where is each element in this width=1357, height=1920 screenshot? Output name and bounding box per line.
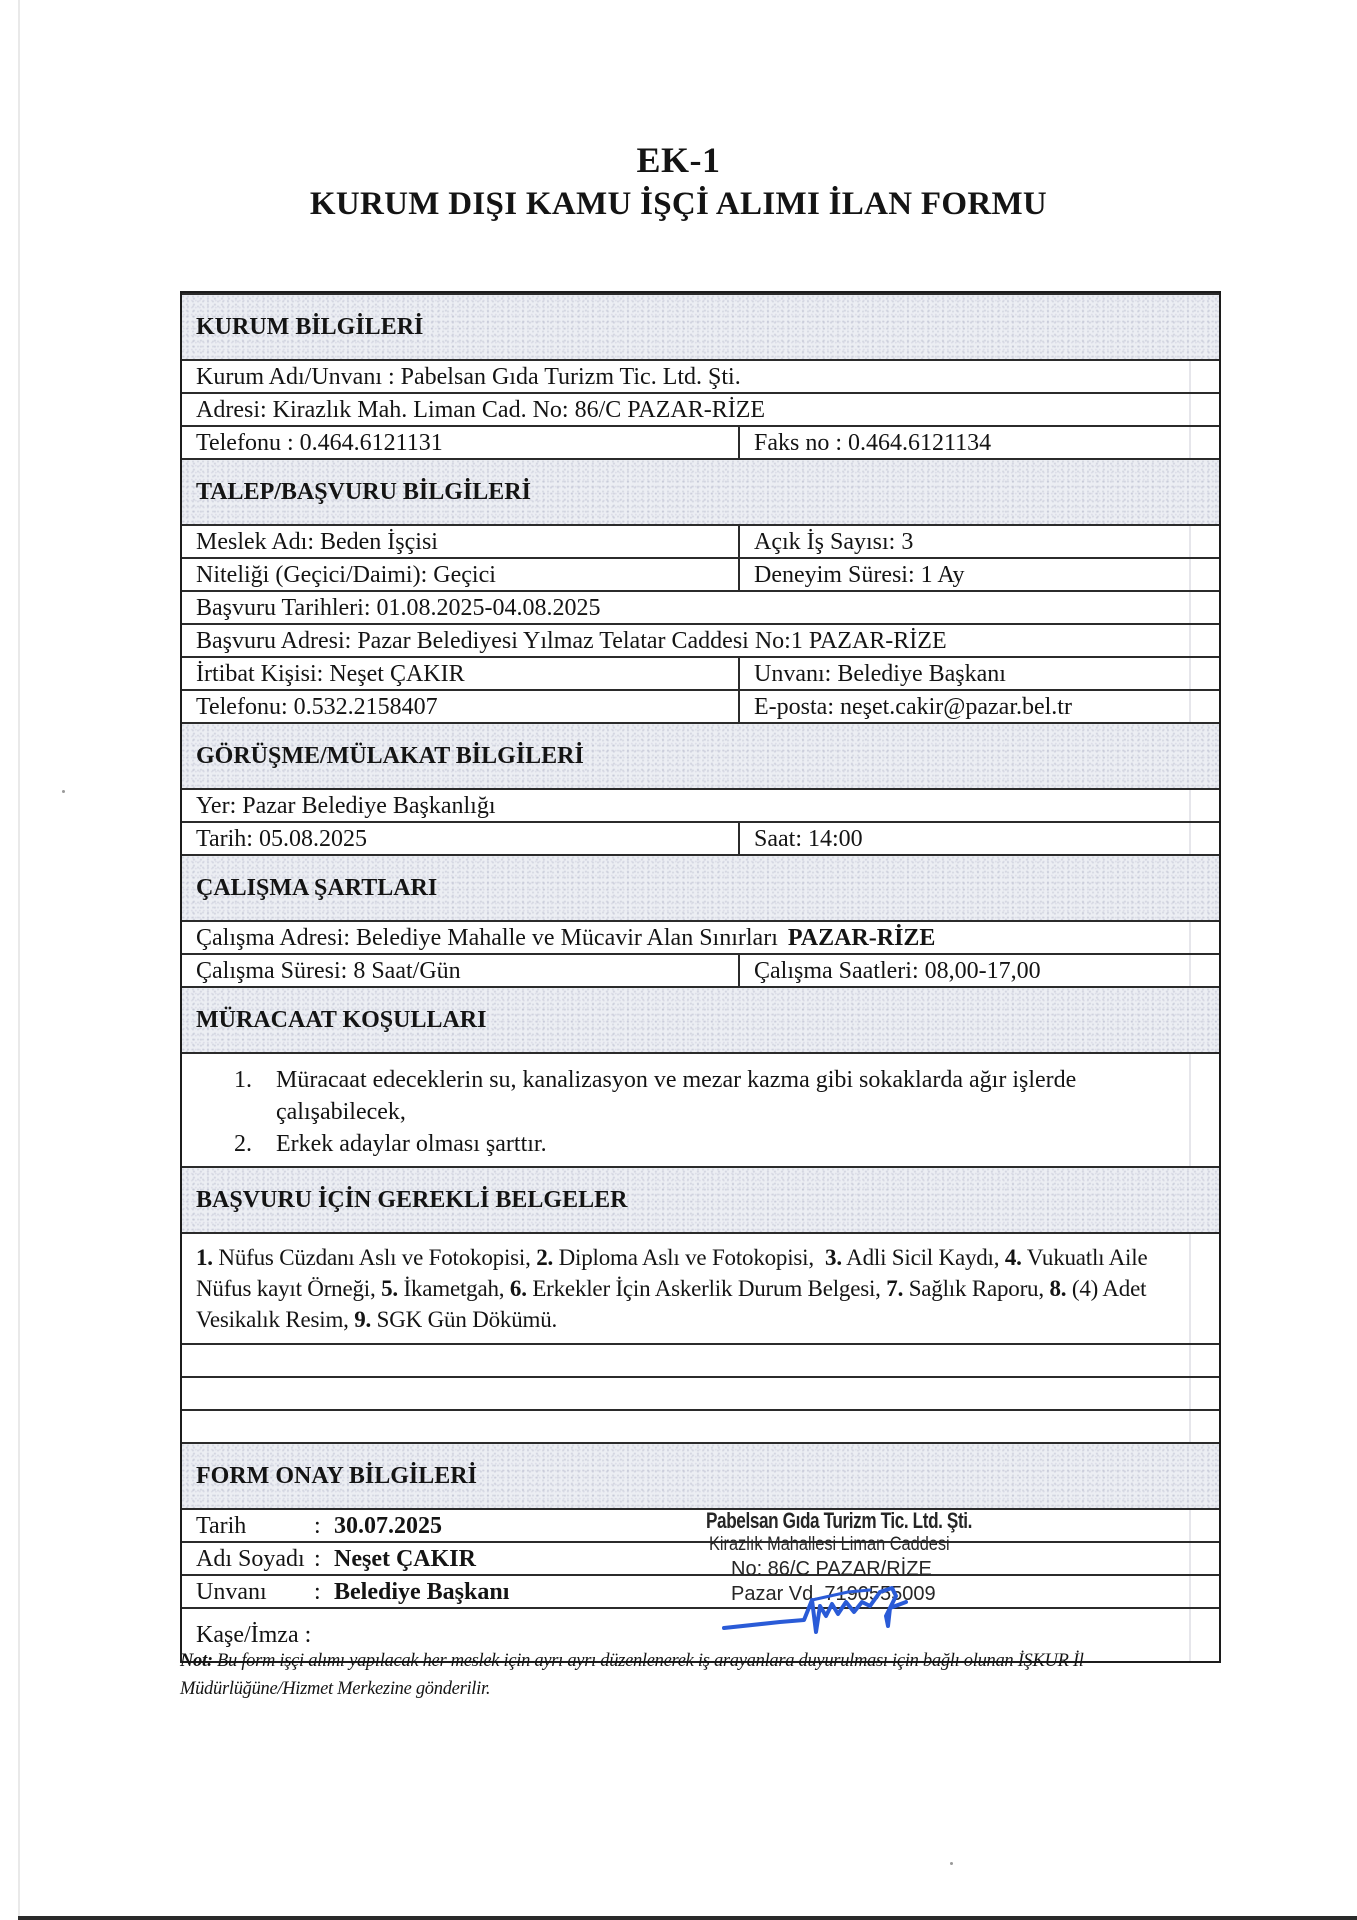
annex-label: EK-1 [0,138,1357,182]
institution-contact-row: Telefonu : 0.464.6121131 Faks no : 0.464… [182,425,1219,458]
stamp-signature-label: Kaşe/İmza : [196,1620,311,1650]
application-address: Başvuru Adresi: Pazar Belediyesi Yılmaz … [196,626,947,656]
signature-icon [720,1566,940,1636]
section-heading-institution: KURUM BİLGİLERİ [182,293,1219,359]
document-item: SGK Gün Dökümü. [377,1307,557,1332]
approval-title-row: Unvanı : Belediye Başkanı [182,1574,1219,1607]
contact-phone: Telefonu: 0.532.2158407 [196,692,738,722]
approval-title-label: Unvanı [196,1577,314,1607]
application-conditions-list: 1. Müracaat edeceklerin su, kanalizasyon… [182,1052,1219,1166]
contact-phone-row: Telefonu: 0.532.2158407 E-posta: neşet.c… [182,689,1219,722]
contact-person: İrtibat Kişisi: Neşet ÇAKIR [196,659,738,689]
empty-row [182,1343,1219,1376]
open-positions: Açık İş Sayısı: 3 [738,526,1219,557]
document-item: İkametgah, [404,1276,505,1301]
work-address-city: PAZAR-RİZE [788,923,936,953]
contact-person-row: İrtibat Kişisi: Neşet ÇAKIR Unvanı: Bele… [182,656,1219,689]
announcement-form-table: KURUM BİLGİLERİ Kurum Adı/Unvanı : Pabel… [180,291,1221,1663]
occupation-name: Meslek Adı: Beden İşçisi [196,527,738,557]
section-heading-required-documents: BAŞVURU İÇİN GEREKLİ BELGELER [182,1166,1219,1232]
scan-speck [950,1862,953,1865]
document-item: Erkekler İçin Askerlik Durum Belgesi, [532,1276,880,1301]
institution-address-row: Adresi: Kirazlık Mah. Liman Cad. No: 86/… [182,392,1219,425]
approval-name: Neşet ÇAKIR [334,1544,476,1574]
stamp-company-name: Pabelsan Gıda Turizm Tic. Ltd. Şti. [706,1508,963,1534]
document-item: Adli Sicil Kaydı, [846,1245,999,1270]
empty-row [182,1376,1219,1409]
contact-email: E-posta: neşet.cakir@pazar.bel.tr [738,691,1219,722]
page-edge [18,0,20,1920]
interview-time: Saat: 14:00 [738,823,1219,854]
interview-datetime-row: Tarih: 05.08.2025 Saat: 14:00 [182,821,1219,854]
interview-place-row: Yer: Pazar Belediye Başkanlığı [182,788,1219,821]
nature-row: Niteliği (Geçici/Daimi): Geçici Deneyim … [182,557,1219,590]
footnote: Not: Bu form işçi alımı yapılacak her me… [180,1647,1230,1703]
section-heading-request: TALEP/BAŞVURU BİLGİLERİ [182,458,1219,524]
section-heading-working-conditions: ÇALIŞMA ŞARTLARI [182,854,1219,920]
condition-item: 1. Müracaat edeceklerin su, kanalizasyon… [234,1064,1205,1128]
institution-fax: Faks no : 0.464.6121134 [738,427,1219,458]
page-edge-bottom [18,1916,1357,1920]
empty-row [182,1409,1219,1442]
approval-date: 30.07.2025 [334,1511,442,1541]
approval-date-label: Tarih [196,1511,314,1541]
application-dates-row: Başvuru Tarihleri: 01.08.2025-04.08.2025 [182,590,1219,623]
interview-place: Yer: Pazar Belediye Başkanlığı [196,791,496,821]
condition-item: 2. Erkek adaylar olması şarttır. [234,1128,1205,1160]
approval-name-label: Adı Soyadı [196,1544,314,1574]
document-header: EK-1 KURUM DIŞI KAMU İŞÇİ ALIMI İLAN FOR… [0,138,1357,226]
document-item: Diploma Aslı ve Fotokopisi, [559,1245,814,1270]
work-duration: Çalışma Süresi: 8 Saat/Gün [196,956,738,986]
interview-date: Tarih: 05.08.2025 [196,824,738,854]
experience-duration: Deneyim Süresi: 1 Ay [738,559,1219,590]
approval-name-row: Adı Soyadı : Neşet ÇAKIR [182,1541,1219,1574]
application-address-row: Başvuru Adresi: Pazar Belediyesi Yılmaz … [182,623,1219,656]
footnote-text: Bu form işçi alımı yapılacak her meslek … [180,1651,1084,1699]
institution-phone: Telefonu : 0.464.6121131 [196,428,738,458]
institution-name: Kurum Adı/Unvanı : Pabelsan Gıda Turizm … [196,362,741,392]
contact-title: Unvanı: Belediye Başkanı [738,658,1219,689]
institution-address: Adresi: Kirazlık Mah. Liman Cad. No: 86/… [196,395,765,425]
document-item: Nüfus Cüzdanı Aslı ve Fotokopisi, [218,1245,530,1270]
application-dates: Başvuru Tarihleri: 01.08.2025-04.08.2025 [196,593,601,623]
work-hours-row: Çalışma Süresi: 8 Saat/Gün Çalışma Saatl… [182,953,1219,986]
scan-speck [62,790,65,793]
stamp-street: Kirazlık Mahallesi Liman Caddesi [709,1534,990,1556]
occupation-row: Meslek Adı: Beden İşçisi Açık İş Sayısı:… [182,524,1219,557]
approval-title: Belediye Başkanı [334,1577,509,1607]
footnote-label: Not: [180,1651,213,1671]
document-item: Sağlık Raporu, [909,1276,1044,1301]
section-heading-application-conditions: MÜRACAAT KOŞULLARI [182,986,1219,1052]
section-heading-form-approval: FORM ONAY BİLGİLERİ [182,1442,1219,1508]
work-address: Çalışma Adresi: Belediye Mahalle ve Müca… [196,923,778,953]
work-hours: Çalışma Saatleri: 08,00-17,00 [738,955,1219,986]
required-documents-list: 1. Nüfus Cüzdanı Aslı ve Fotokopisi, 2. … [182,1232,1219,1343]
job-nature: Niteliği (Geçici/Daimi): Geçici [196,560,738,590]
institution-name-row: Kurum Adı/Unvanı : Pabelsan Gıda Turizm … [182,359,1219,392]
approval-date-row: Tarih : 30.07.2025 [182,1508,1219,1541]
document-title: KURUM DIŞI KAMU İŞÇİ ALIMI İLAN FORMU [0,182,1357,226]
section-heading-interview: GÖRÜŞME/MÜLAKAT BİLGİLERİ [182,722,1219,788]
work-address-row: Çalışma Adresi: Belediye Mahalle ve Müca… [182,920,1219,953]
